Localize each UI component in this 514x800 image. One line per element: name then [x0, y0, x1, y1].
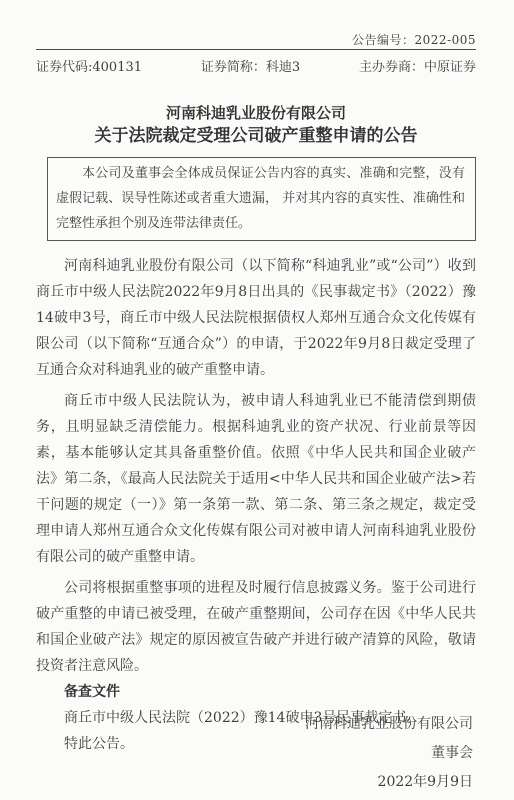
reference-documents-heading: 备查文件 [36, 679, 476, 705]
announcement-document: 公告编号：2022-005 证券代码:400131 证券简称：科迪3 主办券商：… [0, 0, 514, 800]
securities-abbr: 证券简称：科迪3 [201, 60, 300, 76]
paragraph-court-opinion: 商丘市中级人民法院认为，被申请人科迪乳业已不能清偿到期债务，且明显缺乏清偿能力。… [36, 388, 476, 570]
disclaimer-text: 本公司及董事会全体成员保证公告内容的真实、准确和完整，没有虚假记载、误导性陈述或… [56, 166, 465, 231]
announcement-number: 公告编号：2022-005 [36, 33, 476, 47]
securities-code: 证券代码:400131 [36, 60, 142, 76]
paragraph-risk-notice: 公司将根据重整事项的进程及时履行信息披露义务。鉴于公司进行破产重整的申请已被受理… [36, 575, 476, 679]
signature-block: 河南科迪乳业股份有限公司 董事会 2022年9月9日 [305, 710, 473, 797]
signature-board: 董事会 [305, 739, 473, 768]
title-subject: 关于法院裁定受理公司破产重整申请的公告 [36, 124, 476, 148]
title-company-name: 河南科迪乳业股份有限公司 [36, 102, 476, 124]
document-content: 公告编号：2022-005 证券代码:400131 证券简称：科迪3 主办券商：… [0, 33, 514, 757]
header-divider [36, 49, 476, 50]
disclaimer-box: 本公司及董事会全体成员保证公告内容的真实、准确和完整，没有虚假记载、误导性陈述或… [47, 157, 476, 241]
securities-info-row: 证券代码:400131 证券简称：科迪3 主办券商：中原证券 [36, 60, 476, 76]
paragraph-court-ruling-received: 河南科迪乳业股份有限公司（以下简称“科迪乳业”或“公司”）收到商丘市中级人民法院… [36, 253, 476, 383]
announcement-body: 河南科迪乳业股份有限公司（以下简称“科迪乳业”或“公司”）收到商丘市中级人民法院… [36, 253, 476, 757]
sponsor-broker: 主办券商：中原证券 [359, 60, 476, 76]
signature-date: 2022年9月9日 [305, 768, 473, 797]
signature-company: 河南科迪乳业股份有限公司 [305, 710, 473, 739]
page-title: 河南科迪乳业股份有限公司 关于法院裁定受理公司破产重整申请的公告 [36, 102, 476, 148]
